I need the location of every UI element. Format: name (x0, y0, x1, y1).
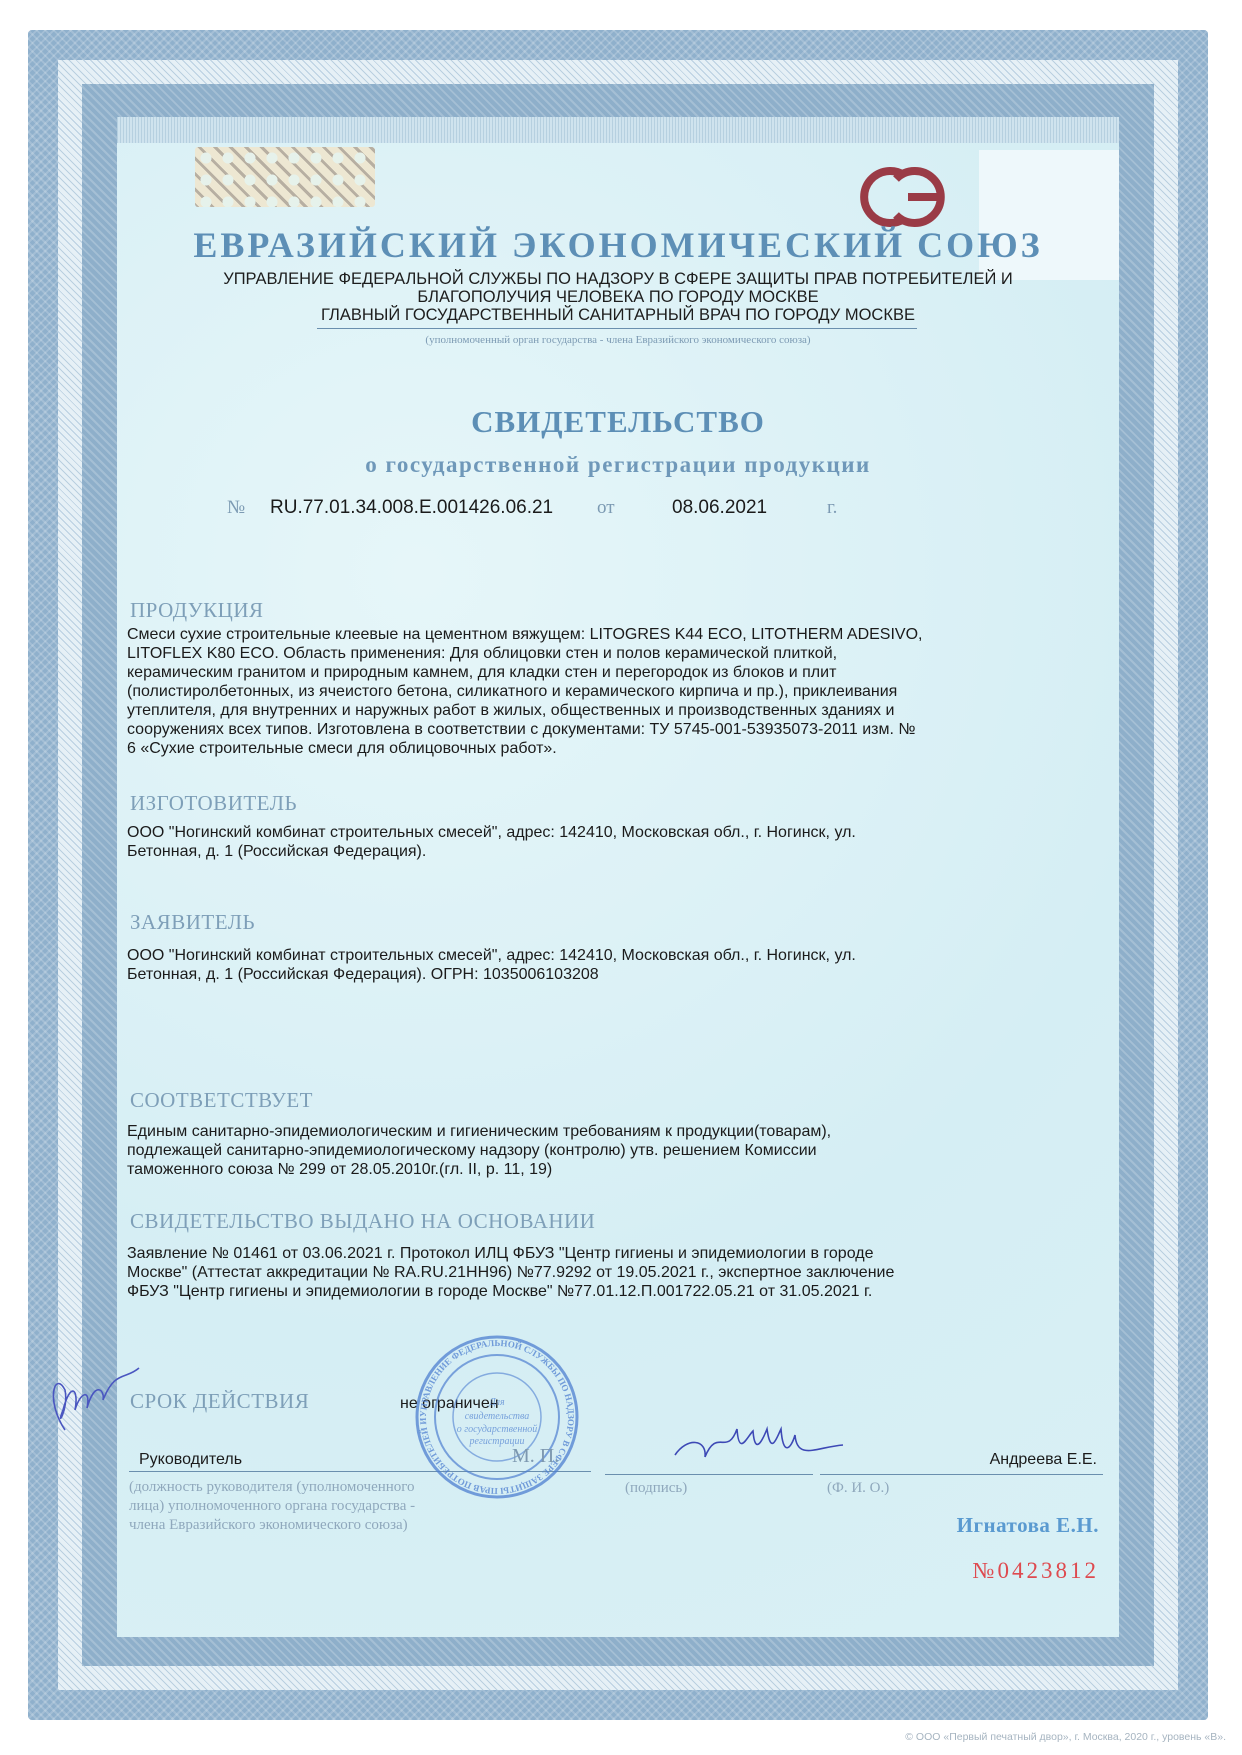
section-applicant-text: ООО "Ногинский комбинат строительных сме… (127, 946, 1102, 984)
text-line: сооружениях всех типов. Изготовлена в со… (127, 720, 1102, 739)
section-applicant-heading: ЗАЯВИТЕЛЬ (130, 910, 255, 935)
section-complies-heading: СООТВЕТСТВУЕТ (130, 1088, 313, 1113)
issuing-authority: УПРАВЛЕНИЕ ФЕДЕРАЛЬНОЙ СЛУЖБЫ ПО НАДЗОРУ… (117, 270, 1119, 324)
text-line: ООО "Ногинский комбинат строительных сме… (127, 946, 1102, 965)
text-line: ФБУЗ "Центр гигиены и эпидемиологии в го… (127, 1282, 1102, 1301)
section-basis-heading: СВИДЕТЕЛЬСТВО ВЫДАНО НА ОСНОВАНИИ (130, 1209, 595, 1234)
text-line: члена Евразийского экономического союза) (129, 1516, 529, 1535)
text-line: утеплителя, для внутренних и наружных ра… (127, 701, 1102, 720)
union-name: ЕВРАЗИЙСКИЙ ЭКОНОМИЧЕСКИЙ СОЮЗ (117, 224, 1119, 266)
document-subtitle: о государственной регистрации продукции (117, 452, 1119, 478)
date-label: от (597, 497, 615, 519)
signature-line (605, 1474, 813, 1475)
signatory-name: Андреева Е.Е. (717, 1450, 1097, 1469)
svg-text:о государственной: о государственной (457, 1424, 538, 1435)
section-validity-heading: СРОК ДЕЙСТВИЯ (130, 1389, 309, 1414)
text-line: (полистиролбетонных, из ячеистого бетона… (127, 682, 1102, 701)
number-label: № (227, 497, 245, 519)
text-line: LITOFLEX K80 ECO. Область применения: Дл… (127, 644, 1102, 663)
official-seal-icon: УПРАВЛЕНИЕ ФЕДЕРАЛЬНОЙ СЛУЖБЫ ПО НАДЗОРУ… (412, 1332, 582, 1502)
text-line: Бетонная, д. 1 (Российская Федерация). О… (127, 965, 1102, 984)
text-line: Смеси сухие строительные клеевые на цеме… (127, 625, 1102, 644)
text-line: подлежащей санитарно-эпидемиологическому… (127, 1141, 1102, 1160)
text-line: ООО "Ногинский комбинат строительных сме… (127, 823, 1102, 842)
svg-text:свидетельства: свидетельства (465, 1411, 530, 1422)
name-caption: (Ф. И. О.) (827, 1479, 889, 1498)
section-product-text: Смеси сухие строительные клеевые на цеме… (127, 625, 1102, 758)
authority-line-2: БЛАГОПОЛУЧИЯ ЧЕЛОВЕКА ПО ГОРОДУ МОСКВЕ (117, 288, 1119, 306)
text-line: Бетонная, д. 1 (Российская Федерация). (127, 842, 1102, 861)
authority-underline (317, 328, 917, 329)
name-line (820, 1474, 1103, 1475)
section-manufacturer-heading: ИЗГОТОВИТЕЛЬ (130, 791, 297, 816)
authority-line-1: УПРАВЛЕНИЕ ФЕДЕРАЛЬНОЙ СЛУЖБЫ ПО НАДЗОРУ… (117, 270, 1119, 288)
serial-number: №0423812 (807, 1558, 1099, 1584)
section-complies-text: Единым санитарно-эпидемиологическим и ги… (127, 1122, 1102, 1179)
registration-number: RU.77.01.34.008.E.001426.06.21 (270, 497, 553, 519)
stamp-name: Игнатова Е.Н. (807, 1513, 1099, 1538)
text-line: 6 «Сухие строительные смеси для облицово… (127, 739, 1102, 758)
authority-note: (уполномоченный орган государства - член… (117, 334, 1119, 346)
signatory-role: Руководитель (139, 1450, 339, 1469)
hologram-icon (195, 147, 375, 207)
margin-initials-icon (35, 1360, 145, 1445)
text-line: Москве" (Аттестат аккредитации № RA.RU.2… (127, 1263, 1102, 1282)
text-line: керамическим гранитом и природным камнем… (127, 663, 1102, 682)
year-suffix: г. (827, 497, 837, 519)
seal-mark: М. П. (512, 1445, 559, 1468)
text-line: таможенного союза № 299 от 28.05.2010г.(… (127, 1160, 1102, 1179)
registration-date: 08.06.2021 (672, 497, 767, 519)
certificate-panel: ЕВРАЗИЙСКИЙ ЭКОНОМИЧЕСКИЙ СОЮЗ УПРАВЛЕНИ… (117, 117, 1119, 1637)
section-manufacturer-text: ООО "Ногинский комбинат строительных сме… (127, 823, 1102, 861)
text-line: Единым санитарно-эпидемиологическим и ги… (127, 1122, 1102, 1141)
authority-line-3: ГЛАВНЫЙ ГОСУДАРСТВЕННЫЙ САНИТАРНЫЙ ВРАЧ … (117, 306, 1119, 324)
svg-text:Для: Для (488, 1397, 505, 1408)
section-product-heading: ПРОДУКЦИЯ (130, 598, 264, 623)
printer-imprint: © ООО «Первый печатный двор», г. Москва,… (905, 1731, 1226, 1743)
text-line: Заявление № 01461 от 03.06.2021 г. Прото… (127, 1244, 1102, 1263)
section-basis-text: Заявление № 01461 от 03.06.2021 г. Прото… (127, 1244, 1102, 1301)
microprint-strip (117, 117, 1119, 143)
signature-caption: (подпись) (625, 1479, 687, 1498)
document-title: СВИДЕТЕЛЬСТВО (117, 404, 1119, 440)
